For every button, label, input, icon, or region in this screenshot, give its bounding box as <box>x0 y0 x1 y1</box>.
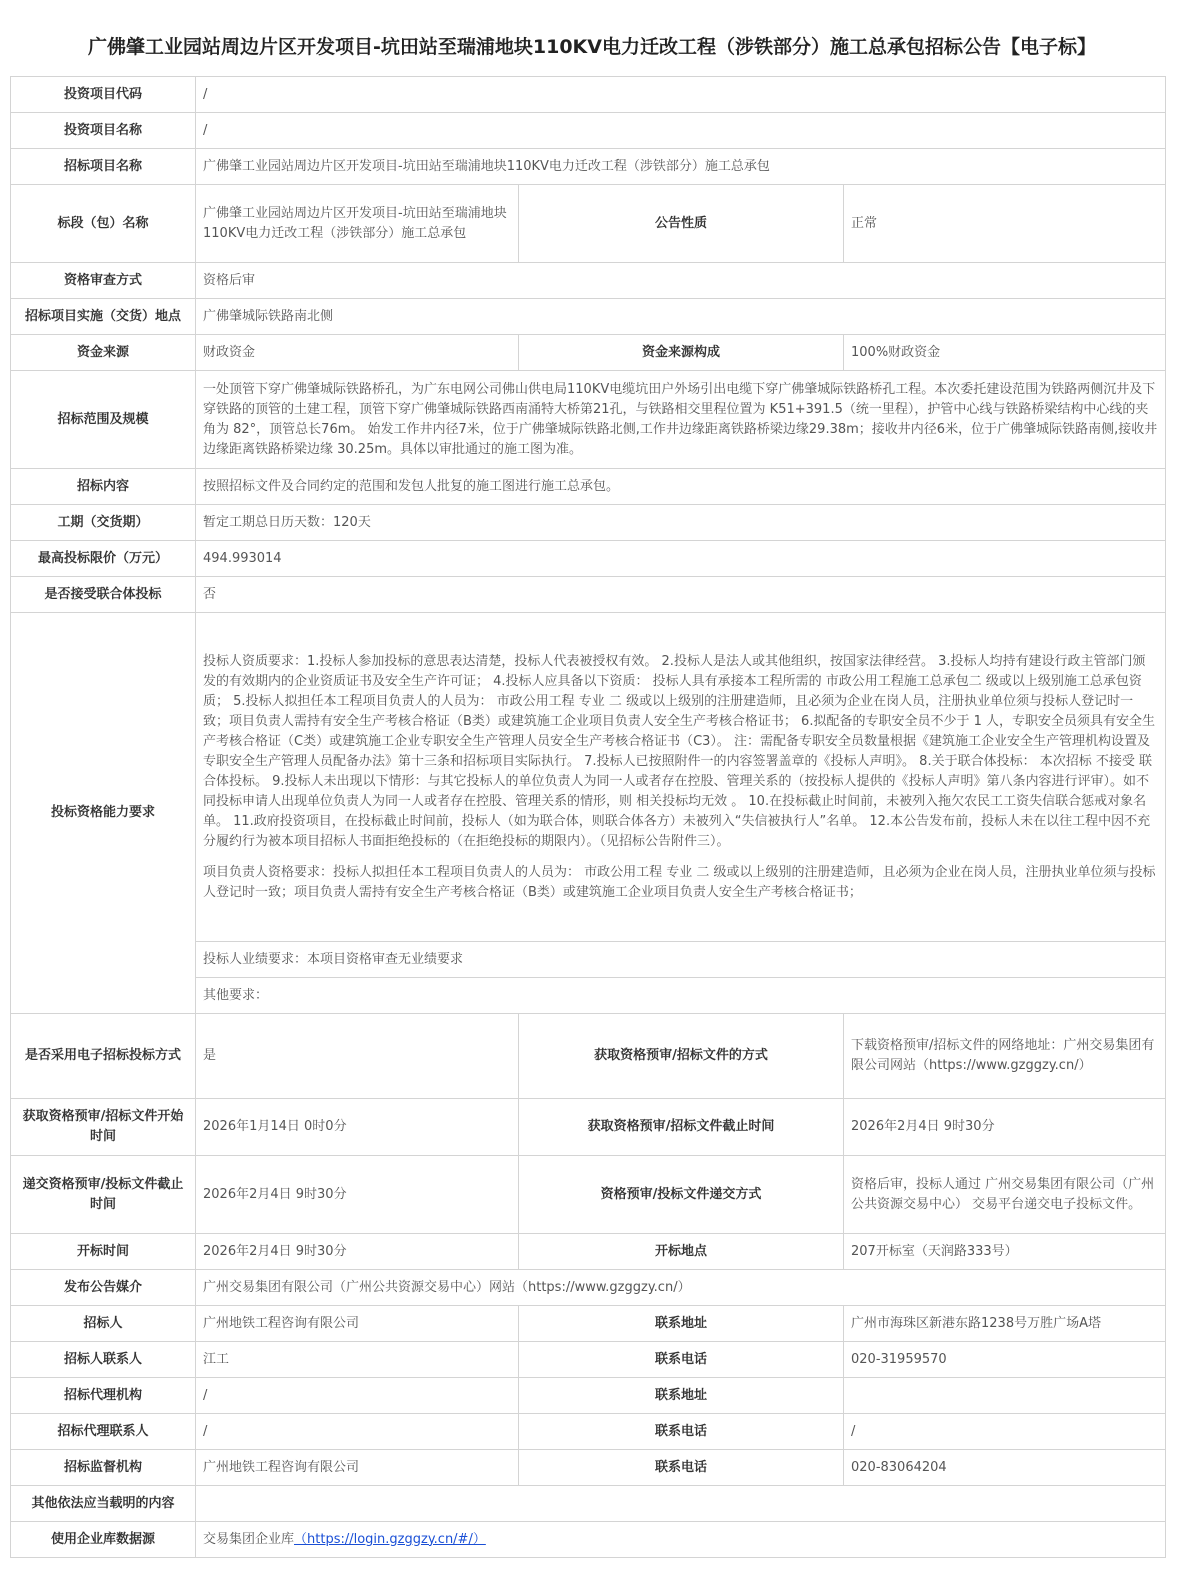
label-data-source: 使用企业库数据源 <box>11 1522 196 1558</box>
row-tenderer: 招标人 广州地铁工程咨询有限公司 联系地址 广州市海珠区新港东路1238号万胜广… <box>11 1306 1166 1342</box>
row-invest-code: 投资项目代码 / <box>11 77 1166 113</box>
row-agency: 招标代理机构 / 联系地址 <box>11 1378 1166 1414</box>
label-agency: 招标代理机构 <box>11 1378 196 1414</box>
value-performance-requirement: 投标人业绩要求：本项目资格审查无业绩要求 <box>196 942 1166 978</box>
label-tenderer-address: 联系地址 <box>519 1306 844 1342</box>
value-consortium: 否 <box>196 577 1166 613</box>
data-source-prefix: 交易集团企业库 <box>203 1532 294 1547</box>
value-max-price: 494.993014 <box>196 541 1166 577</box>
value-other-content <box>196 1486 1166 1522</box>
label-content: 招标内容 <box>11 469 196 505</box>
value-section-name: 广佛肇工业园站周边片区开发项目-坑田站至瑞浦地块110KV电力迁改工程（涉铁部分… <box>196 185 519 263</box>
page-title: 广佛肇工业园站周边片区开发项目-坑田站至瑞浦地块110KV电力迁改工程（涉铁部分… <box>0 28 1184 66</box>
value-tender-name: 广佛肇工业园站周边片区开发项目-坑田站至瑞浦地块110KV电力迁改工程（涉铁部分… <box>196 149 1166 185</box>
label-consortium: 是否接受联合体投标 <box>11 577 196 613</box>
label-tenderer: 招标人 <box>11 1306 196 1342</box>
row-consortium: 是否接受联合体投标 否 <box>11 577 1166 613</box>
row-data-source: 使用企业库数据源 交易集团企业库（https://login.gzggzy.cn… <box>11 1522 1166 1558</box>
value-submit-deadline: 2026年2月4日 9时30分 <box>196 1156 519 1234</box>
row-invest-name: 投资项目名称 / <box>11 113 1166 149</box>
label-duration: 工期（交货期） <box>11 505 196 541</box>
row-tenderer-contact: 招标人联系人 江工 联系电话 020-31959570 <box>11 1342 1166 1378</box>
label-submit-method: 资格预审/投标文件递交方式 <box>519 1156 844 1234</box>
value-obtain-start: 2026年1月14日 0时0分 <box>196 1099 519 1156</box>
value-opening-place: 207开标室（天润路333号） <box>844 1234 1166 1270</box>
value-invest-name: / <box>196 113 1166 149</box>
row-scope: 招标范围及规模 一处顶管下穿广佛肇城际铁路桥孔，为广东电网公司佛山供电局110K… <box>11 371 1166 469</box>
label-section-name: 标段（包）名称 <box>11 185 196 263</box>
label-location: 招标项目实施（交货）地点 <box>11 299 196 335</box>
value-agency-address <box>844 1378 1166 1414</box>
enterprise-db-link[interactable]: （https://login.gzggzy.cn/#/） <box>294 1532 486 1547</box>
row-section-name: 标段（包）名称 广佛肇工业园站周边片区开发项目-坑田站至瑞浦地块110KV电力迁… <box>11 185 1166 263</box>
value-agency: / <box>196 1378 519 1414</box>
label-qualification-method: 资格审查方式 <box>11 263 196 299</box>
row-qualification-main: 投标资格能力要求 投标人资质要求：1.投标人参加投标的意思表达清楚，投标人代表被… <box>11 613 1166 942</box>
label-scope: 招标范围及规模 <box>11 371 196 469</box>
label-obtain-method: 获取资格预审/招标文件的方式 <box>519 1014 844 1099</box>
value-duration: 暂定工期总日历天数：120天 <box>196 505 1166 541</box>
value-obtain-end: 2026年2月4日 9时30分 <box>844 1099 1166 1156</box>
label-submit-deadline: 递交资格预审/投标文件截止时间 <box>11 1156 196 1234</box>
row-location: 招标项目实施（交货）地点 广佛肇城际铁路南北侧 <box>11 299 1166 335</box>
label-other-content: 其他依法应当载明的内容 <box>11 1486 196 1522</box>
label-obtain-start: 获取资格预审/招标文件开始时间 <box>11 1099 196 1156</box>
value-notice-nature: 正常 <box>844 185 1166 263</box>
label-invest-code: 投资项目代码 <box>11 77 196 113</box>
value-obtain-method: 下载资格预审/招标文件的网络地址：广州交易集团有限公司网站（https://ww… <box>844 1014 1166 1099</box>
value-invest-code: / <box>196 77 1166 113</box>
value-data-source: 交易集团企业库（https://login.gzggzy.cn/#/） <box>196 1522 1166 1558</box>
label-agency-contact: 招标代理联系人 <box>11 1414 196 1450</box>
label-notice-nature: 公告性质 <box>519 185 844 263</box>
label-max-price: 最高投标限价（万元） <box>11 541 196 577</box>
value-qualification-method: 资格后审 <box>196 263 1166 299</box>
value-content: 按照招标文件及合同约定的范围和发包人批复的施工图进行施工总承包。 <box>196 469 1166 505</box>
row-obtain-time: 获取资格预审/招标文件开始时间 2026年1月14日 0时0分 获取资格预审/招… <box>11 1099 1166 1156</box>
row-tender-name: 招标项目名称 广佛肇工业园站周边片区开发项目-坑田站至瑞浦地块110KV电力迁改… <box>11 149 1166 185</box>
value-agency-contact: / <box>196 1414 519 1450</box>
value-submit-method: 资格后审，投标人通过 广州交易集团有限公司（广州公共资源交易中心） 交易平台递交… <box>844 1156 1166 1234</box>
label-supervisor: 招标监督机构 <box>11 1450 196 1486</box>
row-agency-contact: 招标代理联系人 / 联系电话 / <box>11 1414 1166 1450</box>
row-max-price: 最高投标限价（万元） 494.993014 <box>11 541 1166 577</box>
label-agency-phone: 联系电话 <box>519 1414 844 1450</box>
value-tenderer: 广州地铁工程咨询有限公司 <box>196 1306 519 1342</box>
value-supervisor-phone: 020-83064204 <box>844 1450 1166 1486</box>
label-electronic: 是否采用电子招标投标方式 <box>11 1014 196 1099</box>
row-supervisor: 招标监督机构 广州地铁工程咨询有限公司 联系电话 020-83064204 <box>11 1450 1166 1486</box>
label-tender-name: 招标项目名称 <box>11 149 196 185</box>
value-scope: 一处顶管下穿广佛肇城际铁路桥孔，为广东电网公司佛山供电局110KV电缆坑田户外场… <box>196 371 1166 469</box>
label-tenderer-phone: 联系电话 <box>519 1342 844 1378</box>
row-qualification-method: 资格审查方式 资格后审 <box>11 263 1166 299</box>
value-media: 广州交易集团有限公司（广州公共资源交易中心）网站（https://www.gzg… <box>196 1270 1166 1306</box>
label-obtain-end: 获取资格预审/招标文件截止时间 <box>519 1099 844 1156</box>
value-fund-composition: 100%财政资金 <box>844 335 1166 371</box>
value-electronic: 是 <box>196 1014 519 1099</box>
row-electronic: 是否采用电子招标投标方式 是 获取资格预审/招标文件的方式 下载资格预审/招标文… <box>11 1014 1166 1099</box>
value-supervisor: 广州地铁工程咨询有限公司 <box>196 1450 519 1486</box>
value-agency-phone: / <box>844 1414 1166 1450</box>
value-tenderer-address: 广州市海珠区新港东路1238号万胜广场A塔 <box>844 1306 1166 1342</box>
value-other-requirement: 其他要求： <box>196 978 1166 1014</box>
label-qualification: 投标资格能力要求 <box>11 613 196 1014</box>
row-submit: 递交资格预审/投标文件截止时间 2026年2月4日 9时30分 资格预审/投标文… <box>11 1156 1166 1234</box>
value-location: 广佛肇城际铁路南北侧 <box>196 299 1166 335</box>
row-media: 发布公告媒介 广州交易集团有限公司（广州公共资源交易中心）网站（https://… <box>11 1270 1166 1306</box>
value-opening-time: 2026年2月4日 9时30分 <box>196 1234 519 1270</box>
row-opening: 开标时间 2026年2月4日 9时30分 开标地点 207开标室（天润路333号… <box>11 1234 1166 1270</box>
label-tenderer-contact: 招标人联系人 <box>11 1342 196 1378</box>
manager-qualification-text: 项目负责人资格要求：投标人拟担任本工程项目负责人的人员为： 市政公用工程 专业 … <box>203 863 1158 903</box>
value-qualification-requirements: 投标人资质要求：1.投标人参加投标的意思表达清楚，投标人代表被授权有效。 2.投… <box>196 613 1166 942</box>
bidder-qualification-text: 投标人资质要求：1.投标人参加投标的意思表达清楚，投标人代表被授权有效。 2.投… <box>203 652 1158 852</box>
label-agency-address: 联系地址 <box>519 1378 844 1414</box>
label-invest-name: 投资项目名称 <box>11 113 196 149</box>
label-supervisor-phone: 联系电话 <box>519 1450 844 1486</box>
value-tenderer-phone: 020-31959570 <box>844 1342 1166 1378</box>
value-fund-source: 财政资金 <box>196 335 519 371</box>
row-fund-source: 资金来源 财政资金 资金来源构成 100%财政资金 <box>11 335 1166 371</box>
row-content: 招标内容 按照招标文件及合同约定的范围和发包人批复的施工图进行施工总承包。 <box>11 469 1166 505</box>
label-fund-composition: 资金来源构成 <box>519 335 844 371</box>
row-other-content: 其他依法应当载明的内容 <box>11 1486 1166 1522</box>
tender-notice-table: 投资项目代码 / 投资项目名称 / 招标项目名称 广佛肇工业园站周边片区开发项目… <box>10 76 1166 1558</box>
label-opening-time: 开标时间 <box>11 1234 196 1270</box>
row-duration: 工期（交货期） 暂定工期总日历天数：120天 <box>11 505 1166 541</box>
label-media: 发布公告媒介 <box>11 1270 196 1306</box>
label-opening-place: 开标地点 <box>519 1234 844 1270</box>
value-tenderer-contact: 江工 <box>196 1342 519 1378</box>
label-fund-source: 资金来源 <box>11 335 196 371</box>
